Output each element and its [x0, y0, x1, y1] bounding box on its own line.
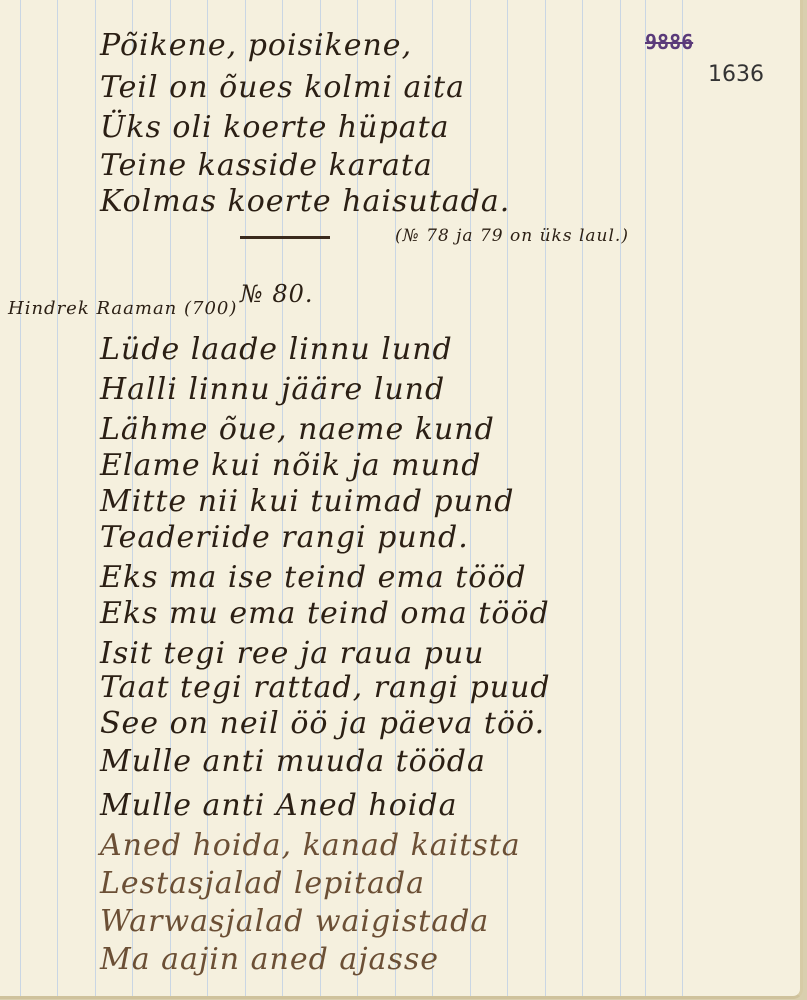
song1-line: Teine kasside karata [100, 148, 433, 183]
song2-line: Taat tegi rattad, rangi puud [100, 670, 551, 705]
song1-line: Teil on õues kolmi aita [100, 70, 465, 105]
ruled-line [95, 0, 96, 996]
song2-line: Ma aajin aned ajasse [100, 942, 439, 977]
song2-line: Lestasjalad lepitada [100, 866, 425, 901]
song2-line: Mitte nii kui tuimad pund [100, 484, 515, 519]
ruled-line [20, 0, 21, 996]
ruled-line [682, 0, 683, 996]
manuscript-page: 9886 1636 Põikene, poisikene, Teil on õu… [0, 0, 803, 999]
song2-line: Lüde laade linnu lund [100, 332, 453, 367]
song2-line: Lähme õue, naeme kund [100, 412, 495, 447]
singer-name: Hindrek Raaman (700) [8, 298, 237, 319]
ruled-line [620, 0, 621, 996]
ruled-line [645, 0, 646, 996]
archive-stamp: 9886 [645, 30, 693, 54]
song2-line: Mulle anti Aned hoida [100, 788, 457, 823]
song2-line: Teaderiide rangi pund. [100, 520, 469, 555]
song2-line: Eks mu ema teind oma tööd [100, 596, 550, 631]
song1-line: Kolmas koerte haisutada. [100, 184, 510, 219]
song2-line: Isit tegi ree ja raua puu [100, 636, 485, 671]
song2-line: See on neil öö ja päeva töö. [100, 706, 545, 741]
ruled-line [57, 0, 58, 996]
ruled-line [545, 0, 546, 996]
ruled-line [582, 0, 583, 996]
song-number: № 80. [240, 280, 314, 308]
editorial-note: (№ 78 ja 79 on üks laul.) [395, 226, 629, 246]
song2-line: Mulle anti muuda tööda [100, 744, 486, 779]
song2-line: Aned hoida, kanad kaitsta [100, 828, 521, 863]
divider-line [240, 236, 330, 239]
song2-line: Eks ma ise teind ema tööd [100, 560, 527, 595]
song2-line: Elame kui nõik ja mund [100, 448, 481, 483]
archive-number: 1636 [708, 62, 764, 87]
song2-line: Warwasjalad waigistada [100, 904, 489, 939]
song2-line: Halli linnu jääre lund [100, 372, 445, 407]
song1-line: Üks oli koerte hüpata [100, 110, 450, 145]
song1-line: Põikene, poisikene, [100, 28, 412, 63]
